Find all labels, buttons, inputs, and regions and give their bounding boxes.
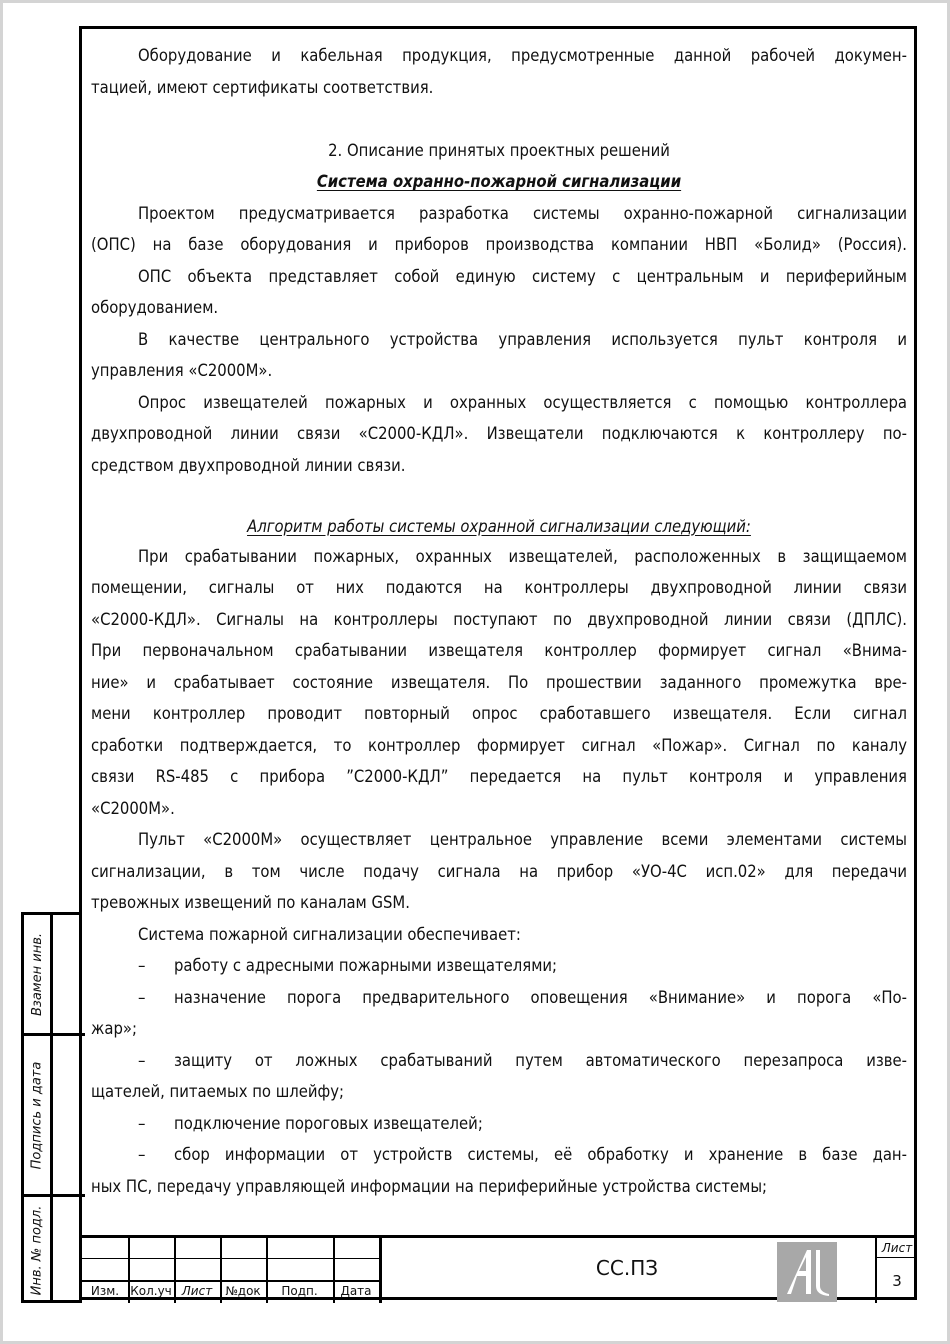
paragraph-line: Проектом предусматривается разработка си… bbox=[91, 198, 907, 230]
stamp-replaced-inv: Взамен инв. bbox=[24, 915, 50, 1033]
paragraph-line: помещении, сигналы от них подаются на ко… bbox=[91, 572, 907, 604]
sheet-label: Лист bbox=[877, 1241, 917, 1255]
list-item: –назначение порога предварительного опов… bbox=[91, 982, 907, 1014]
header-doc-num: №док bbox=[220, 1281, 266, 1301]
paragraph-line: «С2000-КДЛ». Сигналы на контроллеры пост… bbox=[91, 604, 907, 636]
paragraph-line: «С2000М». bbox=[91, 793, 907, 825]
paragraph-line: Опрос извещателей пожарных и охранных ос… bbox=[91, 387, 907, 419]
section-title: 2. Описание принятых проектных решений bbox=[91, 135, 907, 167]
paragraph-line: тревожных извещений по каналам GSM. bbox=[91, 887, 907, 919]
bullet-dash: – bbox=[138, 950, 174, 982]
list-item-cont: щателей, питаемых по шлейфу; bbox=[91, 1076, 907, 1108]
intro-line: тацией, имеют сертификаты соответствия. bbox=[91, 72, 907, 104]
sheet-number: 3 bbox=[877, 1272, 917, 1290]
list-item: –подключение пороговых извещателей; bbox=[91, 1108, 907, 1140]
list-item: –работу с адресными пожарными извещателя… bbox=[91, 950, 907, 982]
paragraph-line: связи RS-485 с прибора ”С2000-КДЛ” перед… bbox=[91, 761, 907, 793]
document-body: Оборудование и кабельная продукция, пред… bbox=[91, 40, 907, 1202]
algorithm-title: Алгоритм работы системы охранной сигнали… bbox=[247, 517, 751, 536]
company-logo-icon bbox=[777, 1242, 837, 1302]
header-date: Дата bbox=[333, 1281, 379, 1301]
paragraph-line: двухпроводной линии связи «С2000-КДЛ». И… bbox=[91, 418, 907, 450]
stamp-signature-date: Подпись и дата bbox=[24, 1036, 50, 1194]
title-block: Изм. Кол.уч Лист №док Подп. Дата СС.ПЗ Л… bbox=[82, 1235, 917, 1303]
list-item: –сбор информации от устройств системы, е… bbox=[91, 1139, 907, 1171]
paragraph-line: Система пожарной сигнализации обеспечива… bbox=[91, 919, 907, 951]
paragraph-line: При первоначальном срабатывании извещате… bbox=[91, 635, 907, 667]
header-sign: Подп. bbox=[266, 1281, 333, 1301]
list-item: –защиту от ложных срабатываний путем авт… bbox=[91, 1045, 907, 1077]
side-stamp: Взамен инв. Подпись и дата Инв. № подл. bbox=[21, 912, 82, 1303]
paragraph-line: мени контроллер проводит повторный опрос… bbox=[91, 698, 907, 730]
stamp-inv-original: Инв. № подл. bbox=[24, 1197, 50, 1303]
paragraph-line: ние» и срабатывает состояние извещателя.… bbox=[91, 667, 907, 699]
paragraph-line: оборудованием. bbox=[91, 292, 907, 324]
paragraph-line: (ОПС) на базе оборудования и приборов пр… bbox=[91, 229, 907, 261]
paragraph-line: средством двухпроводной линии связи. bbox=[91, 450, 907, 482]
paragraph-line: При срабатывании пожарных, охранных изве… bbox=[91, 541, 907, 573]
intro-line: Оборудование и кабельная продукция, пред… bbox=[91, 40, 907, 72]
paragraph-line: Пульт «С2000М» осуществляет центральное … bbox=[91, 824, 907, 856]
paragraph-line: сработки подтверждается, то контроллер ф… bbox=[91, 730, 907, 762]
paragraph-line: управления «С2000М». bbox=[91, 355, 907, 387]
paragraph-line: сигнализации, в том числе подачу сигнала… bbox=[91, 856, 907, 888]
header-kol-uch: Кол.уч bbox=[128, 1281, 174, 1301]
header-list: Лист bbox=[174, 1281, 220, 1301]
list-item-cont: ных ПС, передачу управляющей информации … bbox=[91, 1171, 907, 1203]
paragraph-line: ОПС объекта представляет собой единую си… bbox=[91, 261, 907, 293]
header-izm: Изм. bbox=[82, 1281, 128, 1301]
list-item-cont: жар»; bbox=[91, 1013, 907, 1045]
paragraph-line: В качестве центрального устройства управ… bbox=[91, 324, 907, 356]
subsection-title: Система охранно-пожарной сигнализации bbox=[317, 172, 681, 191]
